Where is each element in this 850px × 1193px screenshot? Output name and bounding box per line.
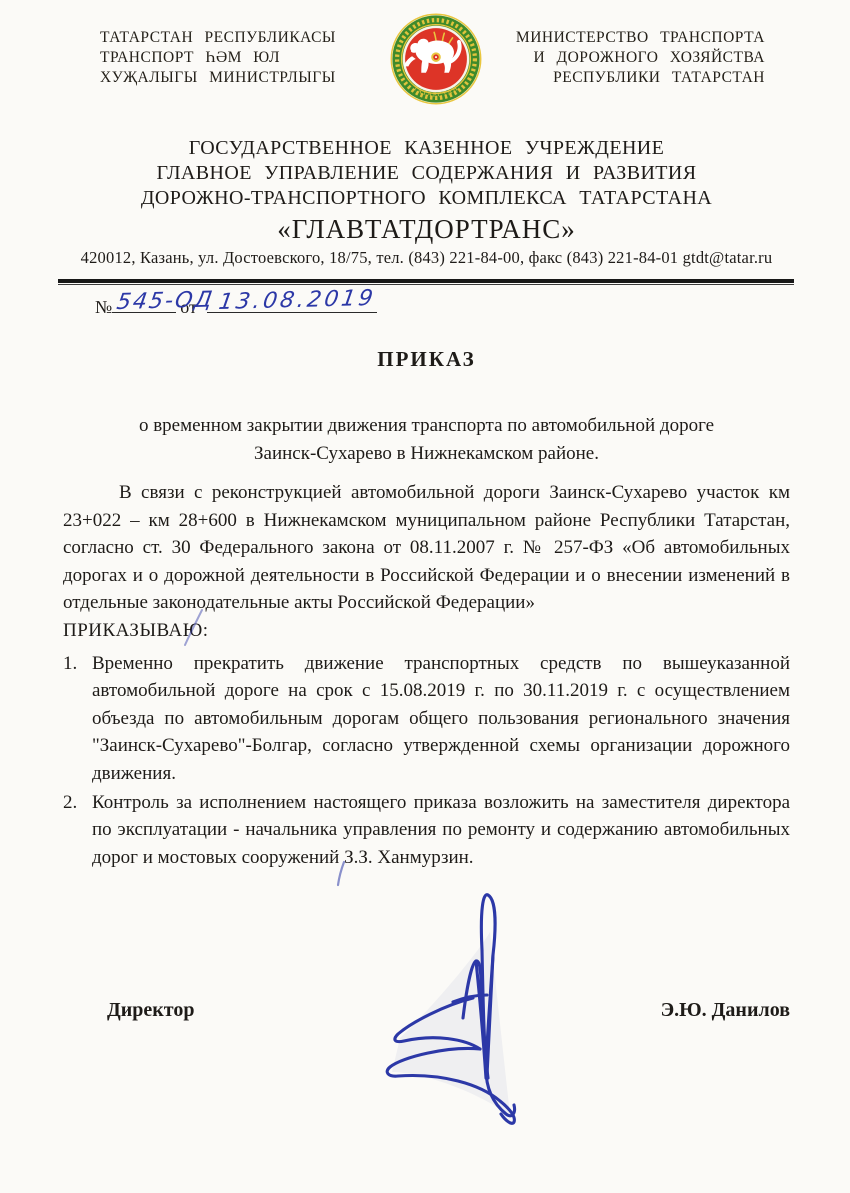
ministry-tatar-line: ТРАНСПОРТ ҺӘМ ЮЛ bbox=[100, 48, 336, 68]
divider-rule bbox=[58, 279, 794, 285]
order-item: 1. Временно прекратить движение транспор… bbox=[63, 650, 790, 788]
ministry-name-tatar: ТАТАРСТАН РЕСПУБЛИКАСЫ ТРАНСПОРТ ҺӘМ ЮЛ … bbox=[100, 28, 336, 102]
signatory-name: Э.Ю. Данилов bbox=[661, 999, 790, 1022]
number-blank: 545-ОД bbox=[112, 293, 176, 313]
order-number-line: №545-ОДот13.08.2019 bbox=[95, 293, 790, 325]
org-name-line: ГОСУДАРСТВЕННОЕ КАЗЕННОЕ УЧРЕЖДЕНИЕ bbox=[63, 136, 790, 161]
order-subject-line: о временном закрытии движения транспорта… bbox=[63, 412, 790, 440]
ministry-russian-line: РЕСПУБЛИКИ ТАТАРСТАН bbox=[516, 68, 765, 88]
organization-block: ГОСУДАРСТВЕННОЕ КАЗЕННОЕ УЧРЕЖДЕНИЕ ГЛАВ… bbox=[63, 136, 790, 266]
item-text: Временно прекратить движение транспортны… bbox=[92, 650, 790, 788]
document-page: ТАТАРСТАН РЕСПУБЛИКАСЫ ТРАНСПОРТ ҺӘМ ЮЛ … bbox=[0, 0, 850, 1193]
org-name-line: ДОРОЖНО-ТРАНСПОРТНОГО КОМПЛЕКСА ТАТАРСТА… bbox=[63, 186, 790, 211]
handwritten-date: 13.08.2019 bbox=[217, 286, 377, 315]
signature-position: Директор bbox=[107, 999, 195, 1022]
item-number: 1. bbox=[63, 650, 92, 788]
item-text: Контроль за исполнением настоящего прика… bbox=[92, 789, 790, 872]
org-short-name: «ГЛАВТАТДОРТРАНС» bbox=[63, 213, 790, 245]
signature-block: Директор Э.Ю. Данилов bbox=[63, 999, 790, 1022]
order-subject: о временном закрытии движения транспорта… bbox=[63, 412, 790, 468]
item-number: 2. bbox=[63, 789, 92, 872]
resolve-word: ПРИКАЗЫВАЮ: bbox=[63, 617, 790, 645]
order-items: 1. Временно прекратить движение транспор… bbox=[63, 650, 790, 872]
order-subject-line: Заинск-Сухарево в Нижнекамском районе. bbox=[63, 440, 790, 468]
ministry-russian-line: МИНИСТЕРСТВО ТРАНСПОРТА bbox=[516, 28, 765, 48]
ministry-tatar-line: ХУҖАЛЫГЫ МИНИСТРЛЫГЫ bbox=[100, 68, 336, 88]
order-title: ПРИКАЗ bbox=[63, 347, 790, 372]
ministry-tatar-line: ТАТАРСТАН РЕСПУБЛИКАСЫ bbox=[100, 28, 336, 48]
org-name-line: ГЛАВНОЕ УПРАВЛЕНИЕ СОДЕРЖАНИЯ И РАЗВИТИЯ bbox=[63, 161, 790, 186]
order-preamble: В связи с реконструкцией автомобильной д… bbox=[63, 479, 790, 617]
ministry-name-russian: МИНИСТЕРСТВО ТРАНСПОРТА И ДОРОЖНОГО ХОЗЯ… bbox=[516, 28, 765, 102]
ministry-russian-line: И ДОРОЖНОГО ХОЗЯЙСТВА bbox=[516, 48, 765, 68]
coat-of-arms-icon: ТАТАРСТАН bbox=[390, 13, 482, 105]
handwritten-number: 545-ОД bbox=[115, 287, 216, 315]
date-blank: 13.08.2019 bbox=[207, 293, 377, 313]
number-label: № bbox=[95, 297, 112, 317]
org-address: 420012, Казань, ул. Достоевского, 18/75,… bbox=[63, 249, 790, 266]
order-item: 2. Контроль за исполнением настоящего пр… bbox=[63, 789, 790, 872]
